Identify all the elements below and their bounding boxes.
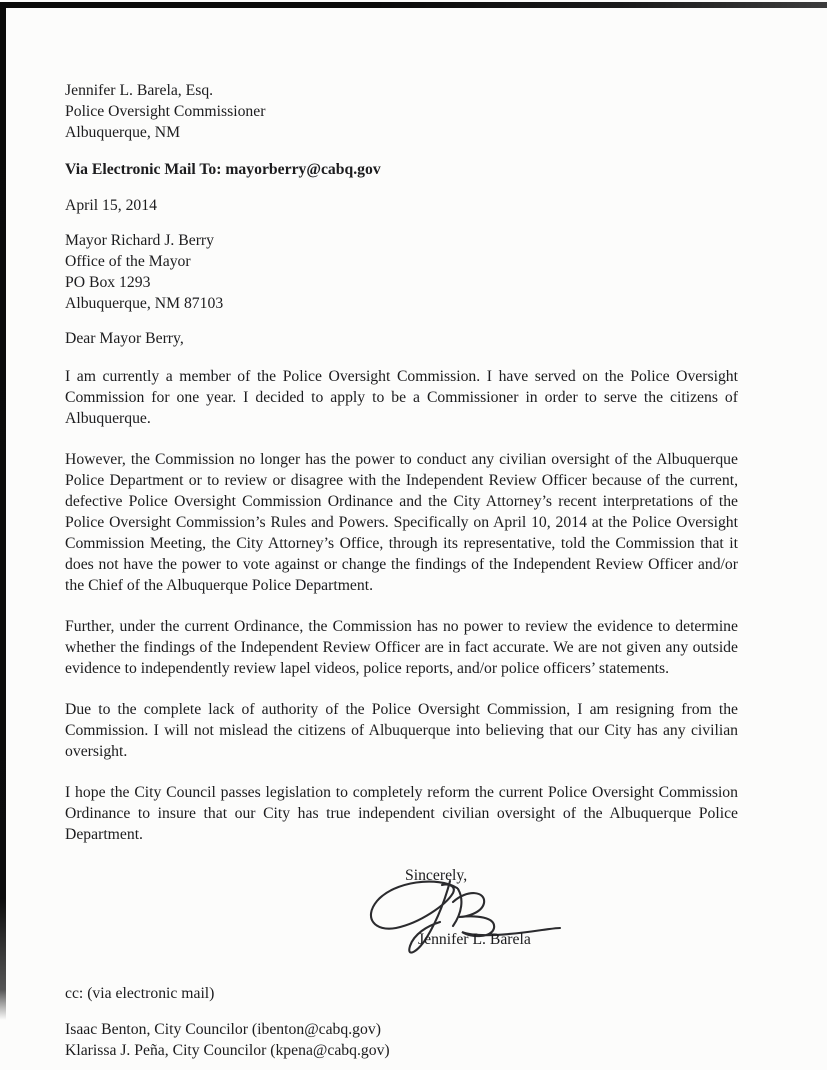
recipient-po-box: PO Box 1293 <box>65 272 738 293</box>
recipient-office: Office of the Mayor <box>65 251 738 272</box>
body-paragraph-3: Further, under the current Ordinance, th… <box>65 616 738 679</box>
closing-sincerely: Sincerely, <box>405 865 467 886</box>
scan-top-edge <box>0 2 827 8</box>
cc-entries: Isaac Benton, City Councilor (ibenton@ca… <box>65 1019 738 1061</box>
sender-block: Jennifer L. Barela, Esq. Police Oversigh… <box>65 80 738 143</box>
salutation: Dear Mayor Berry, <box>65 328 738 349</box>
via-electronic-mail-line: Via Electronic Mail To: mayorberry@cabq.… <box>65 159 738 180</box>
recipient-name: Mayor Richard J. Berry <box>65 230 738 251</box>
body-paragraph-4: Due to the complete lack of authority of… <box>65 699 738 762</box>
signature-typed-name: Jennifer L. Barela <box>418 929 531 950</box>
date-line: April 15, 2014 <box>65 195 738 216</box>
closing-block: Sincerely, Jennifer L. Barela <box>65 865 738 957</box>
recipient-city: Albuquerque, NM 87103 <box>65 293 738 314</box>
recipient-block: Mayor Richard J. Berry Office of the May… <box>65 230 738 314</box>
sender-name: Jennifer L. Barela, Esq. <box>65 80 738 101</box>
scan-left-edge <box>0 8 6 1020</box>
cc-label: cc: (via electronic mail) <box>65 983 738 1004</box>
body-paragraph-2: However, the Commission no longer has th… <box>65 449 738 596</box>
letter-content: Jennifer L. Barela, Esq. Police Oversigh… <box>65 80 738 1061</box>
scanned-letter-page: Jennifer L. Barela, Esq. Police Oversigh… <box>0 0 827 1070</box>
body-paragraph-5: I hope the City Council passes legislati… <box>65 782 738 845</box>
body-paragraph-1: I am currently a member of the Police Ov… <box>65 366 738 429</box>
cc-entry-benton: Isaac Benton, City Councilor (ibenton@ca… <box>65 1019 738 1040</box>
sender-city: Albuquerque, NM <box>65 122 738 143</box>
cc-entry-pena: Klarissa J. Peña, City Councilor (kpena@… <box>65 1040 738 1061</box>
sender-title: Police Oversight Commissioner <box>65 101 738 122</box>
